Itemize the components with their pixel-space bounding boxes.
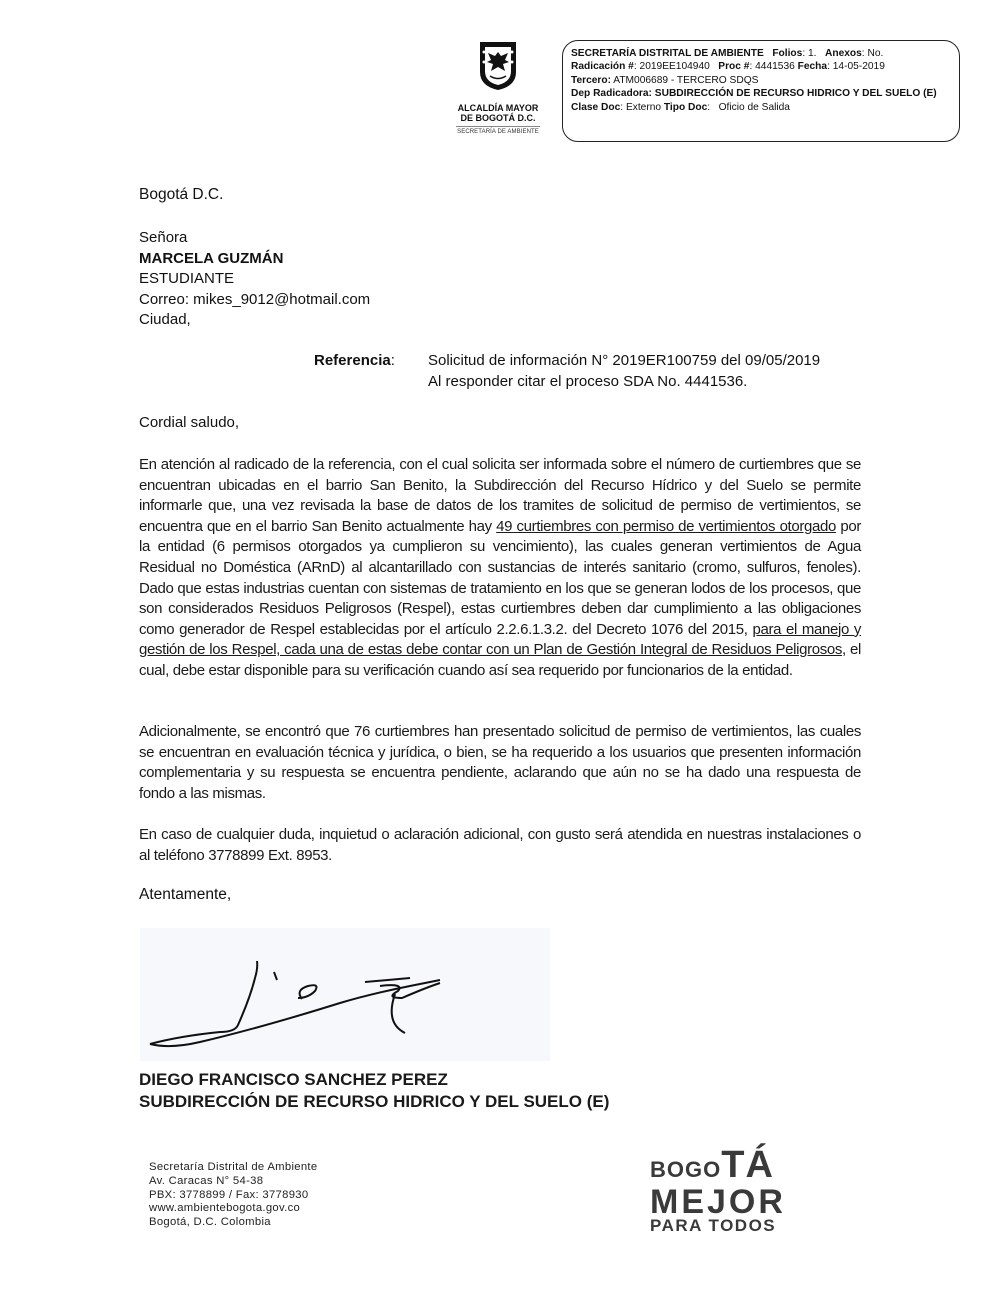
- entity-name: SECRETARÍA DISTRITAL DE AMBIENTE: [571, 48, 764, 59]
- paragraph-2: Adicionalmente, se encontró que 76 curti…: [139, 722, 861, 804]
- underlined-permits: 49 curtiembres con permiso de vertimient…: [496, 518, 836, 535]
- footer-line: Bogotá, D.C. Colombia: [149, 1216, 317, 1230]
- signature-icon: [140, 928, 550, 1061]
- paragraph-1: En atención al radicado de la referencia…: [139, 455, 861, 682]
- radicacion-label: Radicación #: [571, 61, 634, 72]
- proc-value: 4441536: [755, 61, 795, 72]
- coat-of-arms-icon: [478, 40, 518, 92]
- radicado-row-3: Tercero: ATM006689 - TERCERO SDQS: [571, 74, 951, 87]
- footer-line: Av. Caracas N° 54-38: [149, 1175, 317, 1189]
- folios-label: Folios: [772, 48, 802, 59]
- slogan-line-1: BOGOTÁ: [650, 1148, 840, 1187]
- bogota-mejor-logo: BOGOTÁ MEJOR PARA TODOS: [650, 1148, 840, 1235]
- anexos-value: No.: [867, 48, 883, 59]
- closing: Atentamente,: [139, 886, 231, 905]
- tercero-label: Tercero:: [571, 75, 611, 86]
- folios-value: 1.: [808, 48, 817, 59]
- city-date: Bogotá D.C.: [139, 186, 223, 205]
- tipo-value: Oficio de Salida: [719, 102, 790, 113]
- logo-divider: [456, 126, 540, 127]
- reference-line-2: Al responder citar el proceso SDA No. 44…: [428, 373, 820, 394]
- tercero-value: ATM006689 - TERCERO SDQS: [613, 75, 758, 86]
- proc-label: Proc #: [718, 61, 749, 72]
- signature-image: [140, 928, 550, 1061]
- reference-label: Referencia:: [314, 352, 395, 371]
- fecha-value: 14-05-2019: [833, 61, 885, 72]
- dep-value: SUBDIRECCIÓN DE RECURSO HIDRICO Y DEL SU…: [655, 88, 937, 99]
- clase-label: Clase Doc: [571, 102, 620, 113]
- logo-line-2: DE BOGOTÁ D.C.: [452, 113, 544, 123]
- footer-website[interactable]: www.ambientebogota.gov.co: [149, 1202, 317, 1216]
- recipient-email[interactable]: Correo: mikes_9012@hotmail.com: [139, 291, 370, 312]
- radicacion-value: 2019EE104940: [640, 61, 710, 72]
- dep-label: Dep Radicadora:: [571, 88, 652, 99]
- slogan-line-2: MEJOR: [650, 1187, 840, 1217]
- logo-line-3: SECRETARÍA DE AMBIENTE: [452, 129, 544, 136]
- footer-address: Secretaría Distrital de Ambiente Av. Car…: [149, 1161, 317, 1230]
- signer-block: DIEGO FRANCISCO SANCHEZ PEREZ SUBDIRECCI…: [139, 1069, 609, 1113]
- footer-line: Secretaría Distrital de Ambiente: [149, 1161, 317, 1175]
- recipient-block: Señora MARCELA GUZMÁN ESTUDIANTE Correo:…: [139, 229, 370, 332]
- paragraph-3: En caso de cualquier duda, inquietud o a…: [139, 825, 861, 866]
- recipient-title: Señora: [139, 229, 370, 250]
- slogan-line-3: PARA TODOS: [650, 1217, 840, 1235]
- recipient-name: MARCELA GUZMÁN: [139, 250, 370, 271]
- anexos-label: Anexos: [825, 48, 862, 59]
- tipo-label: Tipo Doc: [664, 102, 707, 113]
- radicado-row-5: Clase Doc: Externo Tipo Doc: Oficio de S…: [571, 101, 951, 114]
- recipient-city: Ciudad,: [139, 311, 370, 332]
- footer-line: PBX: 3778899 / Fax: 3778930: [149, 1189, 317, 1203]
- fecha-label: Fecha: [798, 61, 827, 72]
- clase-value: Externo: [626, 102, 661, 113]
- radicado-row-4: Dep Radicadora: SUBDIRECCIÓN DE RECURSO …: [571, 87, 951, 100]
- signer-name: DIEGO FRANCISCO SANCHEZ PEREZ: [139, 1069, 609, 1091]
- logo-line-1: ALCALDÍA MAYOR: [452, 103, 544, 113]
- radicado-row-1: SECRETARÍA DISTRITAL DE AMBIENTE Folios:…: [571, 47, 951, 60]
- reference-text: Solicitud de información N° 2019ER100759…: [428, 352, 820, 393]
- greeting: Cordial saludo,: [139, 414, 239, 433]
- radicado-row-2: Radicación #: 2019EE104940 Proc #: 44415…: [571, 60, 951, 73]
- signer-department: SUBDIRECCIÓN DE RECURSO HIDRICO Y DEL SU…: [139, 1091, 609, 1113]
- radicado-stamp: SECRETARÍA DISTRITAL DE AMBIENTE Folios:…: [562, 40, 960, 142]
- alcaldia-logo: ALCALDÍA MAYOR DE BOGOTÁ D.C. SECRETARÍA…: [452, 40, 544, 136]
- reference-line-1: Solicitud de información N° 2019ER100759…: [428, 352, 820, 373]
- recipient-role: ESTUDIANTE: [139, 270, 370, 291]
